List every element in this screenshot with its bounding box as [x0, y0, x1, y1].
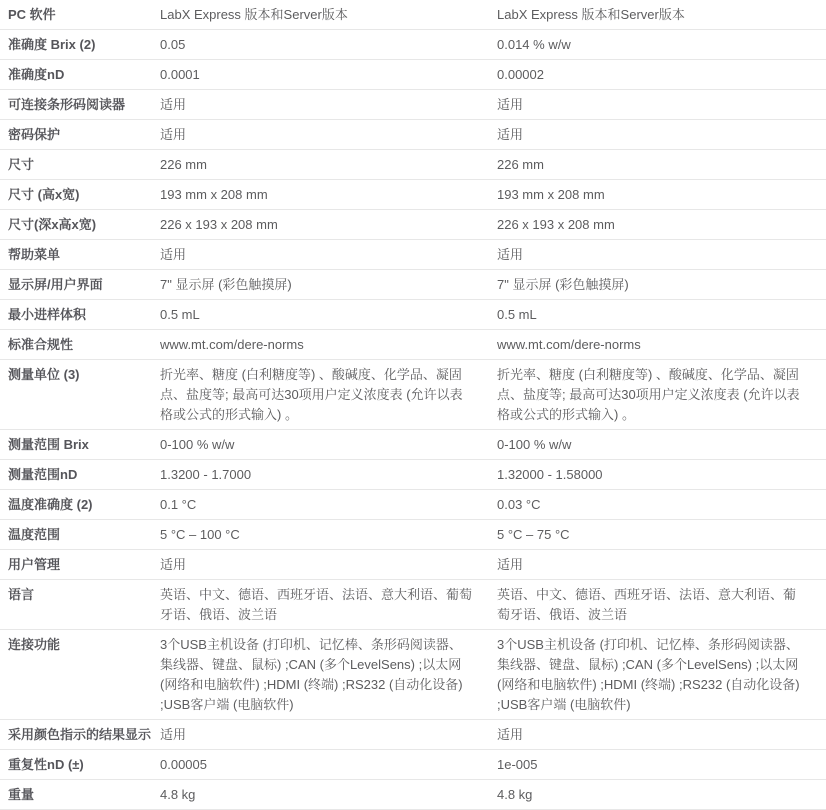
table-row: 准确度 Brix (2) 0.05 0.014 % w/w [0, 30, 826, 60]
spec-value-product-a: 适用 [160, 120, 497, 150]
spec-row-label: 重量 [0, 780, 160, 810]
spec-value-product-a: 226 x 193 x 208 mm [160, 210, 497, 240]
spec-value-product-a: 0-100 % w/w [160, 430, 497, 460]
spec-value-product-a: 0.5 mL [160, 300, 497, 330]
spec-row-label: 尺寸 (高x宽) [0, 180, 160, 210]
table-row: 显示屏/用户界面 7" 显示屏 (彩色触摸屏) 7" 显示屏 (彩色触摸屏) [0, 270, 826, 300]
spec-value-product-a: 0.0001 [160, 60, 497, 90]
table-row: 准确度nD 0.0001 0.00002 [0, 60, 826, 90]
table-row: 帮助菜单 适用 适用 [0, 240, 826, 270]
spec-value-product-a: 0.1 °C [160, 490, 497, 520]
table-row: 尺寸 (高x宽) 193 mm x 208 mm 193 mm x 208 mm [0, 180, 826, 210]
spec-value-product-b: 适用 [497, 240, 826, 270]
product-spec-table: PC 软件 LabX Express 版本和Server版本 LabX Expr… [0, 0, 826, 810]
table-row: 重量 4.8 kg 4.8 kg [0, 780, 826, 810]
spec-value-product-a: 0.00005 [160, 750, 497, 780]
spec-value-product-a: 适用 [160, 240, 497, 270]
spec-value-product-a: 226 mm [160, 150, 497, 180]
spec-row-label: 尺寸(深x高x宽) [0, 210, 160, 240]
table-row: 用户管理 适用 适用 [0, 550, 826, 580]
spec-value-product-a: 折光率、糖度 (白利糖度等) 、酸碱度、化学品、凝固点、盐度等; 最高可达30项… [160, 360, 497, 430]
spec-row-label: 尺寸 [0, 150, 160, 180]
table-row: 测量范围 Brix 0-100 % w/w 0-100 % w/w [0, 430, 826, 460]
spec-value-product-a: 1.3200 - 1.7000 [160, 460, 497, 490]
spec-row-label: 语言 [0, 580, 160, 630]
table-row: 最小进样体积 0.5 mL 0.5 mL [0, 300, 826, 330]
spec-row-label: 测量范围nD [0, 460, 160, 490]
spec-value-product-b: 适用 [497, 90, 826, 120]
spec-row-label: 可连接条形码阅读器 [0, 90, 160, 120]
spec-row-label: 最小进样体积 [0, 300, 160, 330]
spec-row-label: 温度范围 [0, 520, 160, 550]
spec-row-label: 连接功能 [0, 630, 160, 720]
spec-value-product-b: 适用 [497, 550, 826, 580]
spec-value-product-b: 折光率、糖度 (白利糖度等) 、酸碱度、化学品、凝固点、盐度等; 最高可达30项… [497, 360, 826, 430]
spec-row-label: 用户管理 [0, 550, 160, 580]
spec-value-product-b: 7" 显示屏 (彩色触摸屏) [497, 270, 826, 300]
spec-value-product-b: www.mt.com/dere-norms [497, 330, 826, 360]
table-row: 标准合规性 www.mt.com/dere-norms www.mt.com/d… [0, 330, 826, 360]
spec-value-product-a: 193 mm x 208 mm [160, 180, 497, 210]
spec-value-product-b: 226 mm [497, 150, 826, 180]
table-row: PC 软件 LabX Express 版本和Server版本 LabX Expr… [0, 0, 826, 30]
spec-value-product-a: 0.05 [160, 30, 497, 60]
table-row: 温度准确度 (2) 0.1 °C 0.03 °C [0, 490, 826, 520]
table-row: 温度范围 5 °C – 100 °C 5 °C – 75 °C [0, 520, 826, 550]
table-row: 可连接条形码阅读器 适用 适用 [0, 90, 826, 120]
spec-row-label: 显示屏/用户界面 [0, 270, 160, 300]
spec-sheet-page: PC 软件 LabX Express 版本和Server版本 LabX Expr… [0, 0, 826, 810]
spec-value-product-b: 3个USB主机设备 (打印机、记忆棒、条形码阅读器、集线器、键盘、鼠标) ;CA… [497, 630, 826, 720]
table-row: 语言 英语、中文、德语、西班牙语、法语、意大利语、葡萄牙语、俄语、波兰语 英语、… [0, 580, 826, 630]
table-row: 重复性nD (±) 0.00005 1e-005 [0, 750, 826, 780]
table-row: 测量单位 (3) 折光率、糖度 (白利糖度等) 、酸碱度、化学品、凝固点、盐度等… [0, 360, 826, 430]
spec-row-label: 重复性nD (±) [0, 750, 160, 780]
spec-row-label: 温度准确度 (2) [0, 490, 160, 520]
spec-row-label: 准确度 Brix (2) [0, 30, 160, 60]
spec-row-label: 密码保护 [0, 120, 160, 150]
spec-row-label: 准确度nD [0, 60, 160, 90]
table-row: 测量范围nD 1.3200 - 1.7000 1.32000 - 1.58000 [0, 460, 826, 490]
spec-row-label: 帮助菜单 [0, 240, 160, 270]
spec-value-product-b: 0.00002 [497, 60, 826, 90]
spec-row-label: 测量范围 Brix [0, 430, 160, 460]
spec-value-product-a: 适用 [160, 90, 497, 120]
table-row: 采用颜色指示的结果显示 适用 适用 [0, 720, 826, 750]
spec-value-product-b: 193 mm x 208 mm [497, 180, 826, 210]
spec-value-product-b: 1e-005 [497, 750, 826, 780]
spec-row-label: 测量单位 (3) [0, 360, 160, 430]
spec-value-product-a: 4.8 kg [160, 780, 497, 810]
spec-table-body: PC 软件 LabX Express 版本和Server版本 LabX Expr… [0, 0, 826, 810]
spec-value-product-a: 7" 显示屏 (彩色触摸屏) [160, 270, 497, 300]
spec-row-label: 标准合规性 [0, 330, 160, 360]
spec-value-product-a: 适用 [160, 720, 497, 750]
spec-value-product-b: 0.5 mL [497, 300, 826, 330]
spec-value-product-b: 适用 [497, 120, 826, 150]
table-row: 尺寸(深x高x宽) 226 x 193 x 208 mm 226 x 193 x… [0, 210, 826, 240]
spec-value-product-b: 适用 [497, 720, 826, 750]
spec-value-product-a: 英语、中文、德语、西班牙语、法语、意大利语、葡萄牙语、俄语、波兰语 [160, 580, 497, 630]
spec-value-product-a: 3个USB主机设备 (打印机、记忆棒、条形码阅读器、集线器、键盘、鼠标) ;CA… [160, 630, 497, 720]
spec-value-product-b: 1.32000 - 1.58000 [497, 460, 826, 490]
spec-value-product-a: 5 °C – 100 °C [160, 520, 497, 550]
spec-row-label: 采用颜色指示的结果显示 [0, 720, 160, 750]
spec-value-product-b: 0-100 % w/w [497, 430, 826, 460]
spec-value-product-b: 0.014 % w/w [497, 30, 826, 60]
spec-value-product-b: LabX Express 版本和Server版本 [497, 0, 826, 30]
spec-value-product-a: www.mt.com/dere-norms [160, 330, 497, 360]
table-row: 连接功能 3个USB主机设备 (打印机、记忆棒、条形码阅读器、集线器、键盘、鼠标… [0, 630, 826, 720]
spec-value-product-b: 226 x 193 x 208 mm [497, 210, 826, 240]
spec-value-product-b: 4.8 kg [497, 780, 826, 810]
spec-value-product-a: 适用 [160, 550, 497, 580]
table-row: 尺寸 226 mm 226 mm [0, 150, 826, 180]
table-row: 密码保护 适用 适用 [0, 120, 826, 150]
spec-row-label: PC 软件 [0, 0, 160, 30]
spec-value-product-a: LabX Express 版本和Server版本 [160, 0, 497, 30]
spec-value-product-b: 0.03 °C [497, 490, 826, 520]
spec-value-product-b: 5 °C – 75 °C [497, 520, 826, 550]
spec-value-product-b: 英语、中文、德语、西班牙语、法语、意大利语、葡萄牙语、俄语、波兰语 [497, 580, 826, 630]
